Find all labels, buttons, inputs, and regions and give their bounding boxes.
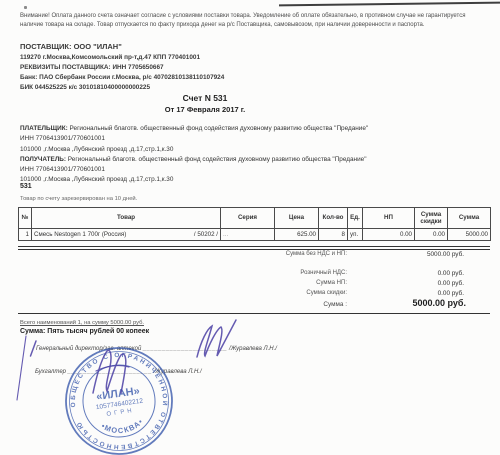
left-pen-stroke [17, 336, 26, 400]
director-signature-ink [197, 320, 236, 357]
accountant-signature-flourish [96, 366, 129, 371]
invoice-document: Внимание! Оплата данного счета означает … [0, 0, 500, 455]
handwritten-signatures [0, 0, 500, 455]
accountant-signature-ink [93, 350, 126, 393]
label-slash-ink [31, 341, 37, 356]
